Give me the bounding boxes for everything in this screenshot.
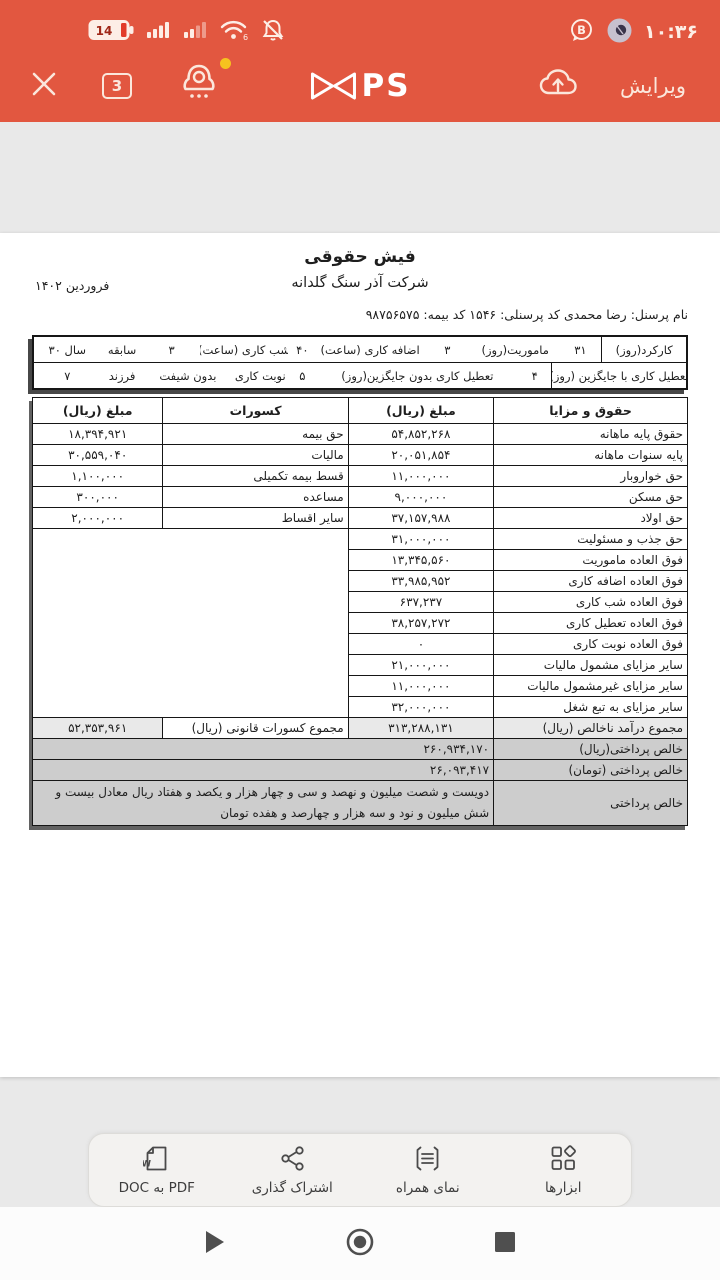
header-benefits: حقوق و مزایا (494, 398, 688, 424)
benefit-label: فوق العاده نوبت کاری (494, 634, 688, 655)
att-cell: تعطیل کاری با جایگزین (روز) (551, 363, 686, 388)
benefit-label: حق اولاد (494, 508, 688, 529)
payslip-page[interactable]: فیش حقوقی شرکت آذر سنگ گلدانه فروردین ۱۴… (0, 233, 720, 1077)
svg-text:W: W (143, 1159, 152, 1169)
svg-text:14: 14 (96, 24, 113, 38)
salary-table: حقوق و مزایا مبلغ (ریال) کسورات مبلغ (ری… (32, 397, 688, 826)
net-words-text: دویست و شصت میلیون و نهصد و سی و چهار هز… (33, 781, 494, 826)
notification-circle-icon (606, 17, 633, 48)
deduction-label: حق بیمه (163, 424, 348, 445)
mobile-view-icon (414, 1145, 441, 1176)
deductions-total-label: مجموع کسورات قانونی (ریال) (163, 718, 348, 739)
wps-logo-text: PS (361, 71, 410, 102)
att-cell: ۳۱ (560, 337, 602, 362)
wifi-icon: 6 (219, 18, 249, 46)
deduction-label: مساعده (163, 487, 348, 508)
benefit-amount: ۲۱,۰۰۰,۰۰۰ (348, 655, 493, 676)
benefit-amount: ۳۸,۲۵۷,۲۷۲ (348, 613, 493, 634)
deduction-amount: ۳۰,۵۵۹,۰۴۰ (33, 445, 163, 466)
company-name: شرکت آذر سنگ گلدانه (32, 275, 688, 291)
wps-app-screen: 14 (0, 0, 720, 1280)
net-toman-row: خالص پرداختی (تومان) ۲۶,۰۹۳,۴۱۷ (33, 760, 688, 781)
table-row: حق مسکن۹,۰۰۰,۰۰۰مساعده۳۰۰,۰۰۰ (33, 487, 688, 508)
att-cell: ۳ (144, 337, 200, 362)
tools-grid-icon (550, 1145, 577, 1176)
deduction-amount: ۳۰۰,۰۰۰ (33, 487, 163, 508)
clock-time: ۱۰:۳۶ (644, 21, 698, 43)
personnel-line: نام پرسنل: رضا محمدی کد پرسنلی: ۱۵۴۶ کد … (32, 307, 688, 322)
benefit-label: حق مسکن (494, 487, 688, 508)
attendance-row-1: کارکرد(روز) ۳۱ ماموریت(روز) ۳ اضافه کاری… (34, 337, 686, 362)
benefit-amount: ۳۱,۰۰۰,۰۰۰ (348, 529, 493, 550)
att-cell: ۵ (288, 363, 316, 388)
status-bar: 14 (0, 0, 720, 56)
net-rial-amount: ۲۶۰,۹۳۴,۱۷۰ (33, 739, 494, 760)
att-cell: تعطیل کاری بدون جایگزین(روز) (316, 363, 518, 388)
close-button[interactable] (30, 70, 58, 102)
deduction-amount: ۲,۰۰۰,۰۰۰ (33, 508, 163, 529)
share-icon (279, 1145, 306, 1176)
wps-logo: PS (309, 69, 410, 103)
benefit-amount: ۳۷,۱۵۷,۹۸۸ (348, 508, 493, 529)
benefit-label: سایر مزایای به تبع شغل (494, 697, 688, 718)
benefit-label: سایر مزایای مشمول مالیات (494, 655, 688, 676)
wps-assistant-button[interactable] (176, 60, 222, 112)
att-cell: ۳ (424, 337, 471, 362)
table-row: پایه سنوات ماهانه۲۰,۰۵۱,۸۵۴مالیات۳۰,۵۵۹,… (33, 445, 688, 466)
att-cell: کارکرد(روز) (601, 337, 686, 362)
share-button[interactable]: اشتراک گذاری (225, 1145, 361, 1196)
header-amount-2: مبلغ (ریال) (33, 398, 163, 424)
android-nav-bar (0, 1207, 720, 1280)
mobile-view-button[interactable]: نمای همراه (360, 1145, 496, 1196)
bottom-toolbar: ابزارها نمای همراه (88, 1133, 632, 1207)
mobile-view-label: نمای همراه (396, 1180, 460, 1196)
tools-button[interactable]: ابزارها (496, 1145, 632, 1196)
svg-text:6: 6 (243, 33, 248, 42)
benefit-label: فوق العاده ماموریت (494, 550, 688, 571)
benefit-label: حق جذب و مسئولیت (494, 529, 688, 550)
document-viewport: فیش حقوقی شرکت آذر سنگ گلدانه فروردین ۱۴… (0, 122, 720, 1207)
notification-dot (220, 58, 231, 69)
messenger-bubble-icon: B (568, 17, 595, 48)
toolbar-right-group: ویرایش (538, 68, 686, 104)
benefit-label: حقوق پایه ماهانه (494, 424, 688, 445)
table-row: حق خواروبار۱۱,۰۰۰,۰۰۰قسط بیمه تکمیلی۱,۱۰… (33, 466, 688, 487)
company-row: شرکت آذر سنگ گلدانه فروردین ۱۴۰۲ (32, 275, 688, 298)
payslip-title: فیش حقوقی (32, 247, 688, 267)
cloud-upload-button[interactable] (538, 68, 578, 104)
net-words-row: خالص پرداختی دویست و شصت میلیون و نهصد و… (33, 781, 688, 826)
att-cell: فرزند (101, 363, 144, 388)
att-cell: شب کاری (ساعت) (200, 337, 289, 362)
tools-label: ابزارها (545, 1180, 581, 1196)
benefit-amount: ۱۳,۳۴۵,۵۶۰ (348, 550, 493, 571)
benefit-label: فوق العاده تعطیل کاری (494, 613, 688, 634)
net-rial-label: خالص پرداختی(ریال) (494, 739, 688, 760)
home-circle-icon[interactable] (345, 1227, 375, 1261)
signal-2-icon (182, 19, 208, 45)
attendance-row-2: تعطیل کاری با جایگزین (روز) ۴ تعطیل کاری… (34, 362, 686, 388)
status-icons-right: B ۱۰:۳۶ (568, 17, 698, 48)
open-documents-badge[interactable]: 3 (102, 73, 132, 99)
benefit-label: فوق العاده شب کاری (494, 592, 688, 613)
net-toman-label: خالص پرداختی (تومان) (494, 760, 688, 781)
table-row: حق اولاد۳۷,۱۵۷,۹۸۸سایر اقساط۲,۰۰۰,۰۰۰ (33, 508, 688, 529)
empty-deductions-cell (33, 529, 349, 718)
svg-text:B: B (577, 23, 586, 37)
net-words-label: خالص پرداختی (494, 781, 688, 826)
table-row: حقوق پایه ماهانه۵۴,۸۵۲,۲۶۸حق بیمه۱۸,۳۹۴,… (33, 424, 688, 445)
back-triangle-icon[interactable] (203, 1229, 227, 1259)
benefit-amount: ۵۴,۸۵۲,۲۶۸ (348, 424, 493, 445)
net-rial-row: خالص پرداختی(ریال) ۲۶۰,۹۳۴,۱۷۰ (33, 739, 688, 760)
wps-bowtie-icon (309, 69, 357, 103)
totals-row: مجموع درآمد ناخالص (ریال) ۳۱۳,۲۸۸,۱۳۱ مج… (33, 718, 688, 739)
benefit-label: پایه سنوات ماهانه (494, 445, 688, 466)
benefit-amount: ۶۳۷,۲۳۷ (348, 592, 493, 613)
pdf-to-doc-button[interactable]: W PDF به DOC (89, 1145, 225, 1196)
deductions-total-amount: ۵۲,۳۵۳,۹۶۱ (33, 718, 163, 739)
pdf-to-doc-label: PDF به DOC (119, 1180, 195, 1196)
benefit-amount: ۳۲,۰۰۰,۰۰۰ (348, 697, 493, 718)
battery-icon: 14 (88, 19, 134, 45)
attendance-table: کارکرد(روز) ۳۱ ماموریت(روز) ۳ اضافه کاری… (32, 335, 688, 390)
att-cell: سابقه (101, 337, 144, 362)
benefit-amount: ۱۱,۰۰۰,۰۰۰ (348, 466, 493, 487)
att-cell: ۴ (518, 363, 551, 388)
bell-muted-icon (260, 18, 286, 46)
att-cell: ۷ (34, 363, 101, 388)
benefit-label: فوق العاده اضافه کاری (494, 571, 688, 592)
net-toman-amount: ۲۶,۰۹۳,۴۱۷ (33, 760, 494, 781)
benefit-label: حق خواروبار (494, 466, 688, 487)
deduction-amount: ۱,۱۰۰,۰۰۰ (33, 466, 163, 487)
payslip-date: فروردین ۱۴۰۲ (35, 278, 109, 293)
pdf-to-doc-icon: W (143, 1145, 170, 1176)
signal-icon (145, 19, 171, 45)
gross-total-amount: ۳۱۳,۲۸۸,۱۳۱ (348, 718, 493, 739)
salary-header-row: حقوق و مزایا مبلغ (ریال) کسورات مبلغ (ری… (33, 398, 688, 424)
deduction-amount: ۱۸,۳۹۴,۹۲۱ (33, 424, 163, 445)
benefit-amount: ۱۱,۰۰۰,۰۰۰ (348, 676, 493, 697)
header-deductions: کسورات (163, 398, 348, 424)
benefit-amount: ۰ (348, 634, 493, 655)
table-row: حق جذب و مسئولیت۳۱,۰۰۰,۰۰۰ (33, 529, 688, 550)
edit-button[interactable]: ویرایش (620, 74, 686, 98)
status-icons-left: 14 (88, 18, 286, 46)
benefit-amount: ۳۳,۹۸۵,۹۵۲ (348, 571, 493, 592)
toolbar-left-group: 3 (30, 60, 222, 112)
gross-total-label: مجموع درآمد ناخالص (ریال) (494, 718, 688, 739)
recents-square-icon[interactable] (493, 1230, 517, 1258)
att-cell: بدون شیفت (144, 363, 233, 388)
header-amount: مبلغ (ریال) (348, 398, 493, 424)
benefit-label: سایر مزایای غیرمشمول مالیات (494, 676, 688, 697)
app-toolbar: 3 PS (0, 56, 720, 122)
att-cell: نوبت کاری (232, 363, 288, 388)
att-cell: اضافه کاری (ساعت) (316, 337, 424, 362)
benefit-amount: ۹,۰۰۰,۰۰۰ (348, 487, 493, 508)
deduction-label: سایر اقساط (163, 508, 348, 529)
deduction-label: مالیات (163, 445, 348, 466)
att-cell: ۴۰ (288, 337, 316, 362)
share-label: اشتراک گذاری (252, 1180, 333, 1196)
att-cell: ماموریت(روز) (471, 337, 560, 362)
deduction-label: قسط بیمه تکمیلی (163, 466, 348, 487)
benefit-amount: ۲۰,۰۵۱,۸۵۴ (348, 445, 493, 466)
att-cell: ۳۰ سال (34, 337, 101, 362)
